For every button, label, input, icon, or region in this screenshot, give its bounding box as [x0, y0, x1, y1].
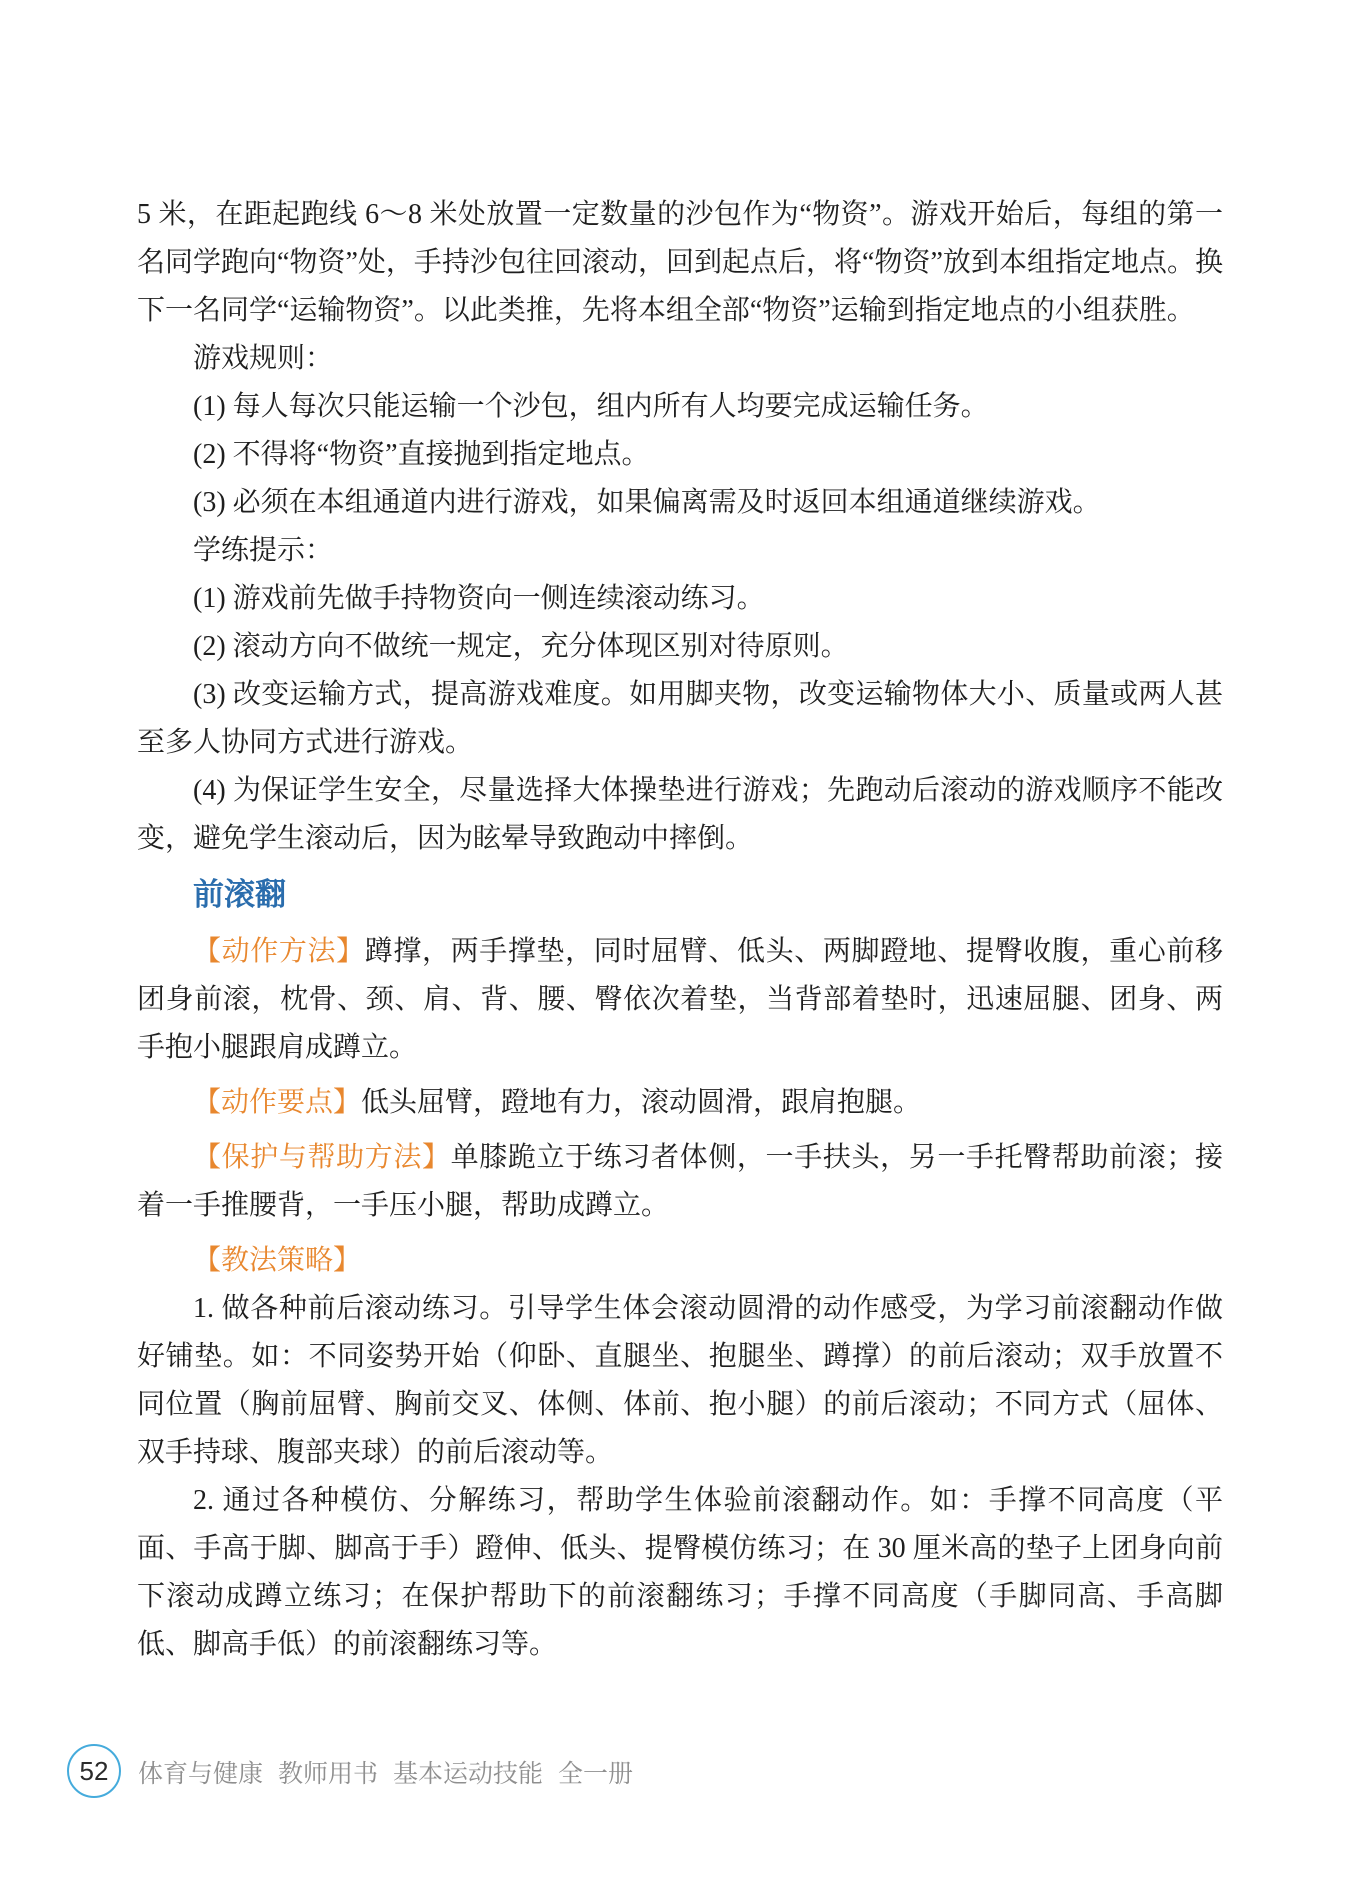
practice-tips-title: 学练提示：	[137, 527, 1223, 575]
footer-segment-basic-skills: 基本运动技能	[393, 1754, 543, 1790]
strategy-step-1: 1. 做各种前后滚动练习。引导学生体会滚动圆滑的动作感受，为学习前滚翻动作做好铺…	[137, 1285, 1223, 1477]
footer-book-title: 体育与健康 教师用书 基本运动技能 全一册	[138, 1754, 633, 1790]
paragraph-game-continuation: 5 米，在距起跑线 6～8 米处放置一定数量的沙包作为“物资”。游戏开始后，每组…	[137, 191, 1223, 335]
footer-segment-subject: 体育与健康	[138, 1754, 263, 1790]
bracket-label-protection-method: 【保护与帮助方法】	[193, 1141, 451, 1172]
page-footer: 52 体育与健康 教师用书 基本运动技能 全一册	[0, 1744, 1359, 1800]
strategy-step-2: 2. 通过各种模仿、分解练习，帮助学生体验前滚翻动作。如：手撑不同高度（平面、手…	[137, 1477, 1223, 1669]
game-rule-item-1: (1) 每人每次只能运输一个沙包，组内所有人均要完成运输任务。	[137, 383, 1223, 431]
bracket-label-teaching-strategy: 【教法策略】	[193, 1244, 361, 1275]
labeled-paragraph-action-method: 【动作方法】蹲撑，两手撑垫，同时屈臂、低头、两脚蹬地、提臀收腹，重心前移团身前滚…	[137, 927, 1223, 1072]
labeled-paragraph-key-points: 【动作要点】低头屈臂，蹬地有力，滚动圆滑，跟肩抱腿。	[137, 1078, 1223, 1127]
labeled-paragraph-protection-method: 【保护与帮助方法】单膝跪立于练习者体侧，一手扶头，另一手托臀帮助前滚；接着一手推…	[137, 1133, 1223, 1230]
practice-tip-item-3: (3) 改变运输方式，提高游戏难度。如用脚夹物，改变运输物体大小、质量或两人甚至…	[137, 671, 1223, 767]
bracket-label-action-method: 【动作方法】	[193, 935, 365, 966]
bracket-label-key-points: 【动作要点】	[193, 1086, 361, 1117]
textbook-page: 5 米，在距起跑线 6～8 米处放置一定数量的沙包作为“物资”。游戏开始后，每组…	[0, 0, 1359, 1891]
practice-tip-item-2: (2) 滚动方向不做统一规定，充分体现区别对待原则。	[137, 623, 1223, 671]
paragraph-text-key-points: 低头屈臂，蹬地有力，滚动圆滑，跟肩抱腿。	[361, 1087, 921, 1118]
game-rule-item-3: (3) 必须在本组通道内进行游戏，如果偏离需及时返回本组通道继续游戏。	[137, 479, 1223, 527]
labeled-paragraph-teaching-strategy: 【教法策略】	[137, 1236, 1223, 1285]
section-heading-forward-roll: 前滚翻	[137, 871, 1223, 919]
page-number-badge: 52	[67, 1744, 121, 1798]
practice-tip-item-4: (4) 为保证学生安全，尽量选择大体操垫进行游戏；先跑动后滚动的游戏顺序不能改变…	[137, 767, 1223, 863]
practice-tip-item-1: (1) 游戏前先做手持物资向一侧连续滚动练习。	[137, 575, 1223, 623]
game-rule-item-2: (2) 不得将“物资”直接抛到指定地点。	[137, 431, 1223, 479]
page-number: 52	[80, 1756, 109, 1787]
footer-segment-teacher-book: 教师用书	[278, 1754, 378, 1790]
page-body-text: 5 米，在距起跑线 6～8 米处放置一定数量的沙包作为“物资”。游戏开始后，每组…	[137, 191, 1223, 1669]
game-rules-title: 游戏规则：	[137, 335, 1223, 383]
footer-segment-volume: 全一册	[558, 1754, 633, 1790]
